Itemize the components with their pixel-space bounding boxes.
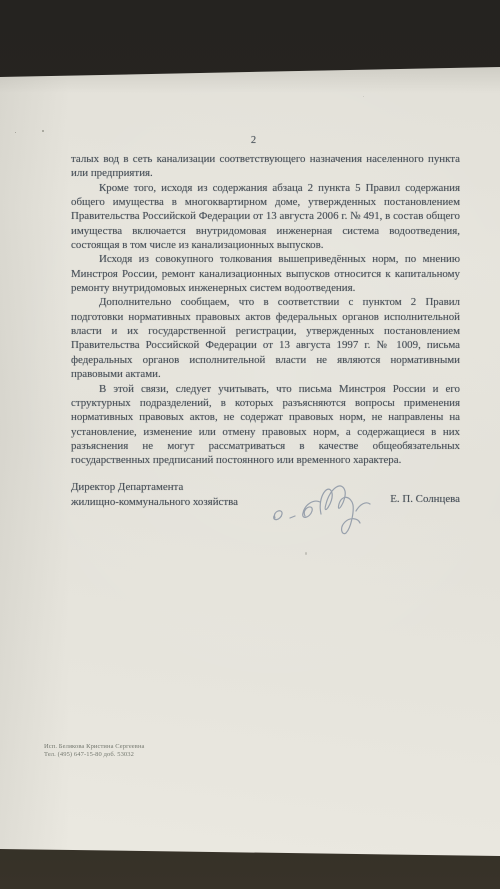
signer-position-line1: Директор Департамента	[71, 480, 238, 495]
signer-name: Е. П. Солнцева	[390, 492, 460, 507]
document-page: 2 талых вод в сеть канализации соответст…	[0, 0, 500, 889]
signer-position-line2: жилищно-коммунального хозяйства	[71, 495, 238, 510]
paragraph: Исходя из совокупного толкования вышепри…	[71, 252, 460, 295]
paper-top-shadow	[0, 67, 500, 93]
paper-left-shadow	[0, 77, 70, 849]
paper-speck	[363, 96, 364, 97]
paper-speck	[42, 130, 44, 132]
page-number: 2	[71, 135, 436, 146]
executor-phone: Тел. (495) 647-15-80 доб. 53032	[44, 751, 145, 759]
handwritten-signature	[261, 474, 373, 544]
executor-name: Исп. Белякова Кристина Сергеевна	[44, 743, 145, 751]
paragraph: Дополнительно сообщаем, что в соответств…	[71, 295, 460, 381]
paragraph: В этой связи, следует учитывать, что пис…	[71, 382, 460, 468]
paragraph: талых вод в сеть канализации соответству…	[71, 152, 460, 181]
executor-footnote: Исп. Белякова Кристина Сергеевна Тел. (4…	[44, 743, 145, 759]
paragraph: Кроме того, исходя из содержания абзаца …	[71, 181, 460, 253]
photo-background: 2 талых вод в сеть канализации соответст…	[0, 0, 500, 889]
letter-body: талых вод в сеть канализации соответству…	[71, 152, 460, 468]
signature-block: Директор Департамента жилищно-коммунальн…	[71, 480, 460, 550]
paper-speck	[305, 552, 307, 555]
signer-position: Директор Департамента жилищно-коммунальн…	[71, 480, 238, 510]
paper-speck	[15, 132, 16, 133]
